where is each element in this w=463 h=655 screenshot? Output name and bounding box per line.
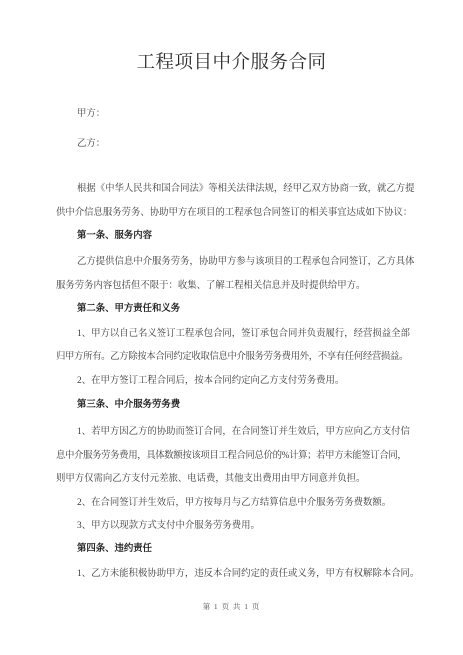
party-line: 甲方： — [56, 108, 433, 121]
party-line: 乙方： — [56, 138, 433, 151]
document-title: 工程项目中介服务合同 — [0, 50, 463, 76]
paragraph-line: 1、乙方未能积极协助甲方，违反本合同约定的责任或义务，甲方有权解除本合同。 — [56, 568, 433, 581]
paragraph-line: 则甲方仅需向乙方支付元差旅、电话费，其他支出费用由甲方同意并负担。 — [56, 473, 412, 486]
section-heading: 第二条、甲方责任和义务 — [56, 303, 433, 316]
page-footer: 第 1 页 共 1 页 — [0, 600, 463, 613]
paragraph-line: 息中介服务劳务费用，具体数额按该项目工程合同总价的%计算；若甲方未能签订合同， — [56, 450, 412, 463]
paragraph-line: 1、若甲方因乙方的协助而签订合同，在合同签订并生效后，甲方应向乙方支付信 — [56, 426, 433, 439]
paragraph-line: 根据《中华人民共和国合同法》等相关法律法规，经甲乙双方协商一致，就乙方提 — [56, 183, 433, 196]
section-heading: 第四条、违约责任 — [56, 543, 433, 556]
section-heading: 第三条、中介服务劳务费 — [56, 399, 433, 412]
paragraph-line: 2、在合同签订并生效后，甲方按每月与乙方结算信息中介服务劳务费数额。 — [56, 497, 433, 510]
paragraph-line: 服务劳务内容包括但不限于：收集、了解工程相关信息并及时提供给甲方。 — [56, 280, 412, 293]
paragraph-line: 归甲方所有。乙方除按本合同约定收取信息中介服务劳务费用外，不享有任何经营损益。 — [56, 351, 412, 364]
paragraph-line: 2、在甲方签订工程合同后，按本合同约定向乙方支付劳务费用。 — [56, 375, 433, 388]
paragraph-line: 乙方提供信息中介服务劳务，协助甲方参与该项目的工程承包合同签订，乙方具体 — [56, 256, 433, 269]
paragraph-line: 3、甲方以现款方式支付中介服务劳务费用。 — [56, 520, 433, 533]
paragraph-line: 供中介信息服务劳务、协助甲方在项目的工程承包合同签订的相关事宜达成如下协议： — [56, 207, 412, 220]
section-heading: 第一条、服务内容 — [56, 230, 433, 243]
paragraph-line: 1、甲方以自己名义签订工程承包合同，签订承包合同并负责履行，经营损益全部 — [56, 328, 433, 341]
document-page: 工程项目中介服务合同甲方：乙方：根据《中华人民共和国合同法》等相关法律法规，经甲… — [0, 0, 463, 655]
